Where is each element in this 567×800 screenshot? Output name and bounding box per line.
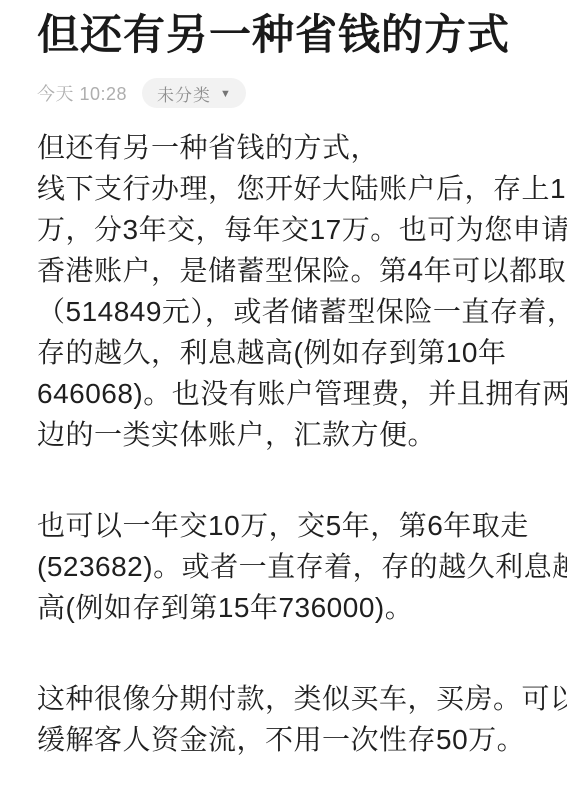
note-body[interactable]: 但还有另一种省钱的方式，线下支行办理，您开好大陆账户后，存上17万，分3年交，每…	[37, 127, 537, 760]
category-label: 未分类	[157, 81, 211, 106]
note-text-line: 646068)。也没有账户管理费，并且拥有两	[37, 373, 537, 414]
note-view: 但还有另一种省钱的方式 今天 10:28 未分类 ▼ 但还有另一种省钱的方式，线…	[0, 10, 567, 760]
note-text-line: 线下支行办理，您开好大陆账户后，存上17	[37, 168, 537, 209]
note-text-line: 边的一类实体账户，汇款方便。	[37, 414, 537, 455]
note-paragraph: 这种很像分期付款，类似买车，买房。可以缓解客人资金流，不用一次性存50万。	[37, 678, 537, 760]
note-text-line: 这种很像分期付款，类似买车，买房。可以	[37, 678, 537, 719]
note-timestamp: 今天 10:28	[37, 80, 127, 106]
note-text-line: (523682)。或者一直存着，存的越久利息越	[37, 546, 537, 587]
note-meta: 今天 10:28 未分类 ▼	[37, 78, 537, 108]
note-title[interactable]: 但还有另一种省钱的方式	[37, 10, 537, 60]
category-selector[interactable]: 未分类 ▼	[142, 78, 246, 108]
note-text-line: 万，分3年交，每年交17万。也可为您申请	[37, 209, 537, 250]
note-text-line: 香港账户，是储蓄型保险。第4年可以都取走	[37, 250, 537, 291]
note-text-line: 但还有另一种省钱的方式，	[37, 127, 537, 168]
note-text-line: 高(例如存到第15年736000)。	[37, 587, 537, 628]
note-text-line: （514849元），或者储蓄型保险一直存着，	[37, 291, 537, 332]
note-text-line: 缓解客人资金流，不用一次性存50万。	[37, 719, 537, 760]
note-paragraph: 也可以一年交10万，交5年，第6年取走(523682)。或者一直存着，存的越久利…	[37, 505, 537, 628]
note-paragraph: 但还有另一种省钱的方式，线下支行办理，您开好大陆账户后，存上17万，分3年交，每…	[37, 127, 537, 455]
note-text-line: 存的越久，利息越高(例如存到第10年	[37, 332, 537, 373]
chevron-down-icon: ▼	[220, 89, 231, 100]
note-text-line: 也可以一年交10万，交5年，第6年取走	[37, 505, 537, 546]
